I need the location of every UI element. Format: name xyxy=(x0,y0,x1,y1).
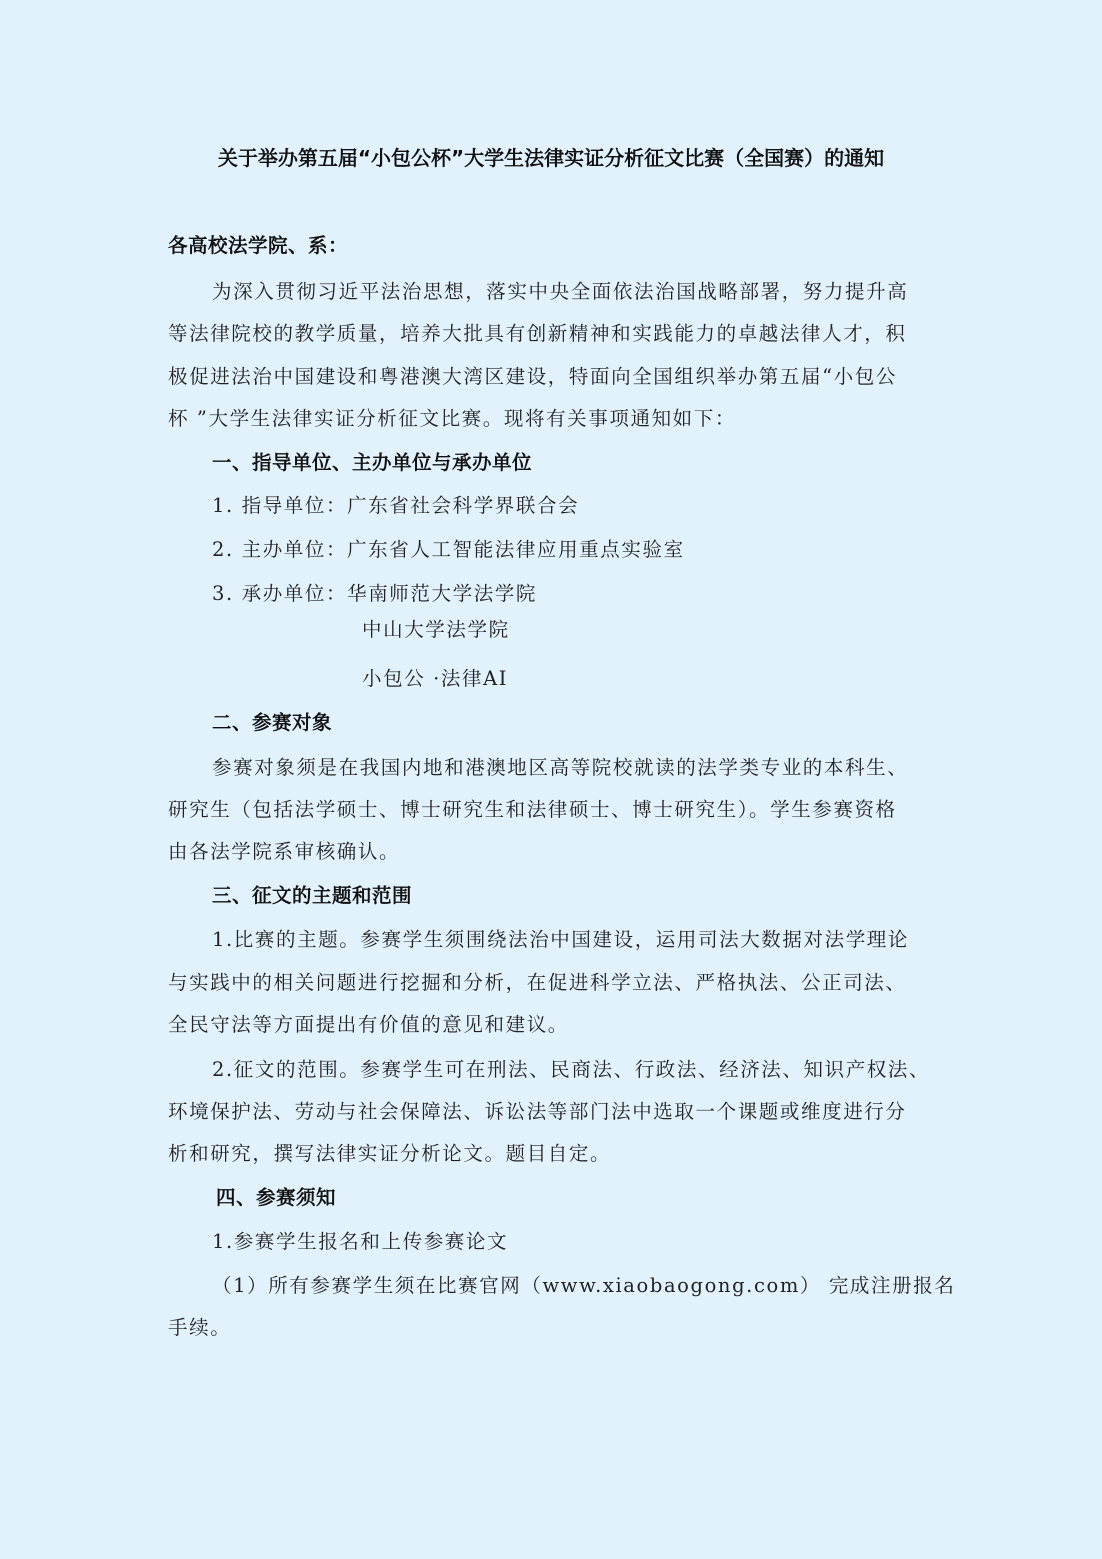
paragraph-line: 1.比赛的主题。参赛学生须围绕法治中国建设，运用司法大数据对法学理论 xyxy=(212,924,909,952)
paragraph-line: 全民守法等方面提出有价值的意见和建议。 xyxy=(168,1009,569,1037)
paragraph-line: 与实践中的相关问题进行挖掘和分析，在促进科学立法、严格执法、公正司法、 xyxy=(168,967,907,995)
paragraph-line: 析和研究，撰写法律实证分析论文。题目自定。 xyxy=(168,1138,611,1166)
organizer-item: 中山大学法学院 xyxy=(362,614,510,642)
salutation: 各高校法学院、系： xyxy=(168,230,348,258)
paragraph-line: 研究生（包括法学硕士、博士研究生和法律硕士、博士研究生）。学生参赛资格 xyxy=(168,794,897,822)
paragraph-line: 环境保护法、劳动与社会保障法、诉讼法等部门法中选取一个课题或维度进行分 xyxy=(168,1096,907,1124)
organizer-item: 3. 承办单位：华南师范大学法学院 xyxy=(212,578,537,606)
paragraph-line: 由各法学院系审核确认。 xyxy=(168,836,400,864)
intro-line: 等法律院校的教学质量，培养大批具有创新精神和实践能力的卓越法律人才，积 xyxy=(168,318,907,346)
intro-line: 杯 ”大学生法律实证分析征文比赛。现将有关事项通知如下： xyxy=(168,403,736,431)
document-page: 关于举办第五届“小包公杯”大学生法律实证分析征文比赛（全国赛）的通知 各高校法学… xyxy=(0,0,1102,1559)
document-title: 关于举办第五届“小包公杯”大学生法律实证分析征文比赛（全国赛）的通知 xyxy=(0,142,1102,171)
organizer-item: 小包公 ·法律AI xyxy=(362,663,508,691)
paragraph-line: 2.征文的范围。参赛学生可在刑法、民商法、行政法、经济法、知识产权法、 xyxy=(212,1054,930,1082)
intro-line: 极促进法治中国建设和粤港澳大湾区建设，特面向全国组织举办第五届“小包公 xyxy=(168,361,897,389)
intro-line: 为深入贯彻习近平法治思想，落实中央全面依法治国战略部署，努力提升高 xyxy=(212,276,908,304)
section-heading-2: 二、参赛对象 xyxy=(212,707,332,735)
section-heading-1: 一、指导单位、主办单位与承办单位 xyxy=(212,447,532,475)
section-heading-3: 三、征文的主题和范围 xyxy=(212,880,412,908)
organizer-item: 2. 主办单位：广东省人工智能法律应用重点实验室 xyxy=(212,534,685,562)
registration-line: （1）所有参赛学生须在比赛官网（www.xiaobaogong.com） 完成注… xyxy=(212,1270,955,1298)
paragraph-line: 1.参赛学生报名和上传参赛论文 xyxy=(212,1226,508,1254)
paragraph-line: 手续。 xyxy=(168,1312,231,1340)
paragraph-line: 参赛对象须是在我国内地和港澳地区高等院校就读的法学类专业的本科生、 xyxy=(212,752,908,780)
section-heading-4: 四、参赛须知 xyxy=(216,1182,336,1210)
organizer-item: 1. 指导单位：广东省社会科学界联合会 xyxy=(212,490,579,518)
